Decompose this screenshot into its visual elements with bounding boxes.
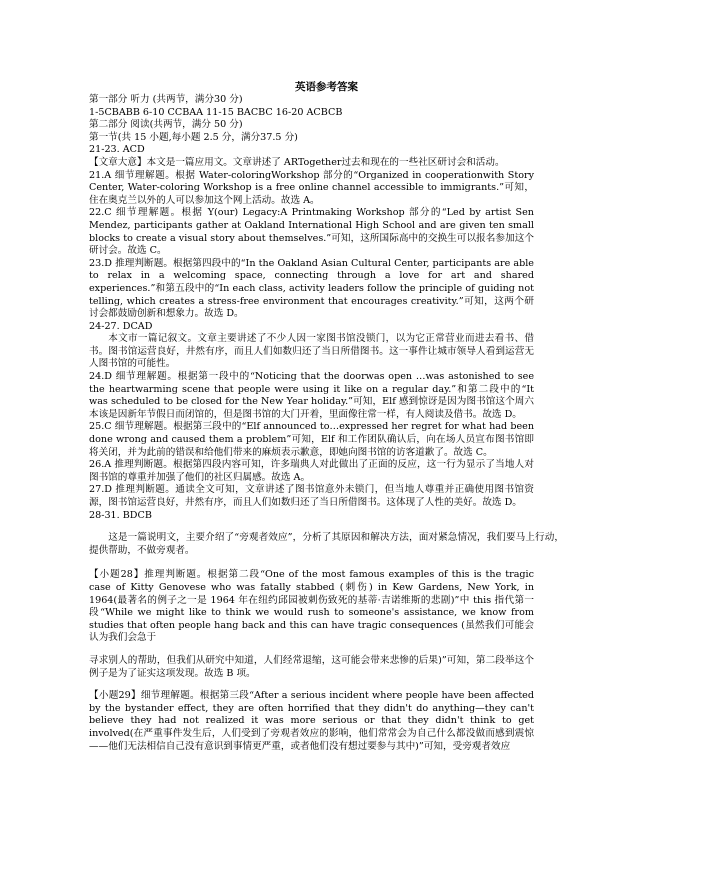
spacer	[89, 680, 534, 690]
group-c-answers: 28-31. BDCB	[89, 510, 534, 523]
group-a-summary: 【文章大意】本文是一篇应用文。文章讲述了 ARTogether过去和现在的一些社…	[89, 157, 534, 170]
document-title: 英语参考答案	[89, 81, 534, 94]
explanation-24: 24.D 细节理解题。根据第一段中的“Noticing that the doo…	[89, 371, 534, 421]
spacer	[89, 645, 534, 655]
explanation-22: 22.C 细节理解题。根据 Y(our) Legacy:A Printmakin…	[89, 207, 534, 257]
section1-heading: 第一节(共 15 小题,每小题 2.5 分，满分37.5 分)	[89, 132, 534, 145]
explanation-26: 26.A 推理判断题。根据第四段内容可知，许多瑞典人对此做出了正面的反应，这一行…	[89, 459, 534, 484]
part2-heading: 第二部分 阅读(共两节，满分 50 分)	[89, 119, 534, 132]
explanation-28-continued: 寻求别人的帮助，但我们从研究中知道，人们经常退缩，这可能会带来悲惨的后果)”可知…	[89, 655, 534, 680]
group-a-answers: 21-23. ACD	[89, 144, 534, 157]
explanation-25: 25.C 细节理解题。根据第三段中的“Elf announced to…expr…	[89, 421, 534, 459]
spacer	[89, 522, 534, 532]
explanation-28: 【小题28】推理判断题。根据第二段“One of the most famous…	[89, 569, 534, 645]
group-b-summary: 本文市一篇记叙文。文章主要讲述了不少人因一家图书馆没锁门，以为它正常营业而进去看…	[89, 333, 534, 371]
explanation-23: 23.D 推理判断题。根据第四段中的“In the Oakland Asian …	[89, 258, 534, 321]
part1-answers: 1-5CBABB 6-10 CCBAA 11-15 BACBC 16-20 AC…	[89, 107, 534, 120]
part1-heading: 第一部分 听力 (共两节，满分30 分)	[89, 94, 534, 107]
answer-key-document: 英语参考答案 第一部分 听力 (共两节，满分30 分) 1-5CBABB 6-1…	[89, 81, 534, 753]
group-c-summary: 这是一篇说明文，主要介绍了“旁观者效应”，分析了其原因和解决方法，面对紧急情况，…	[89, 532, 564, 557]
explanation-21: 21.A 细节理解题。根据 Water-coloringWorkshop 部分的…	[89, 170, 534, 208]
explanation-27: 27.D 推理判断题。通读全文可知，文章讲述了图书馆意外未锁门，但当地人尊重并正…	[89, 484, 534, 509]
spacer	[89, 557, 534, 569]
group-b-answers: 24-27. DCAD	[89, 321, 534, 334]
explanation-29: 【小题29】细节理解题。根据第三段“After a serious incide…	[89, 690, 534, 753]
